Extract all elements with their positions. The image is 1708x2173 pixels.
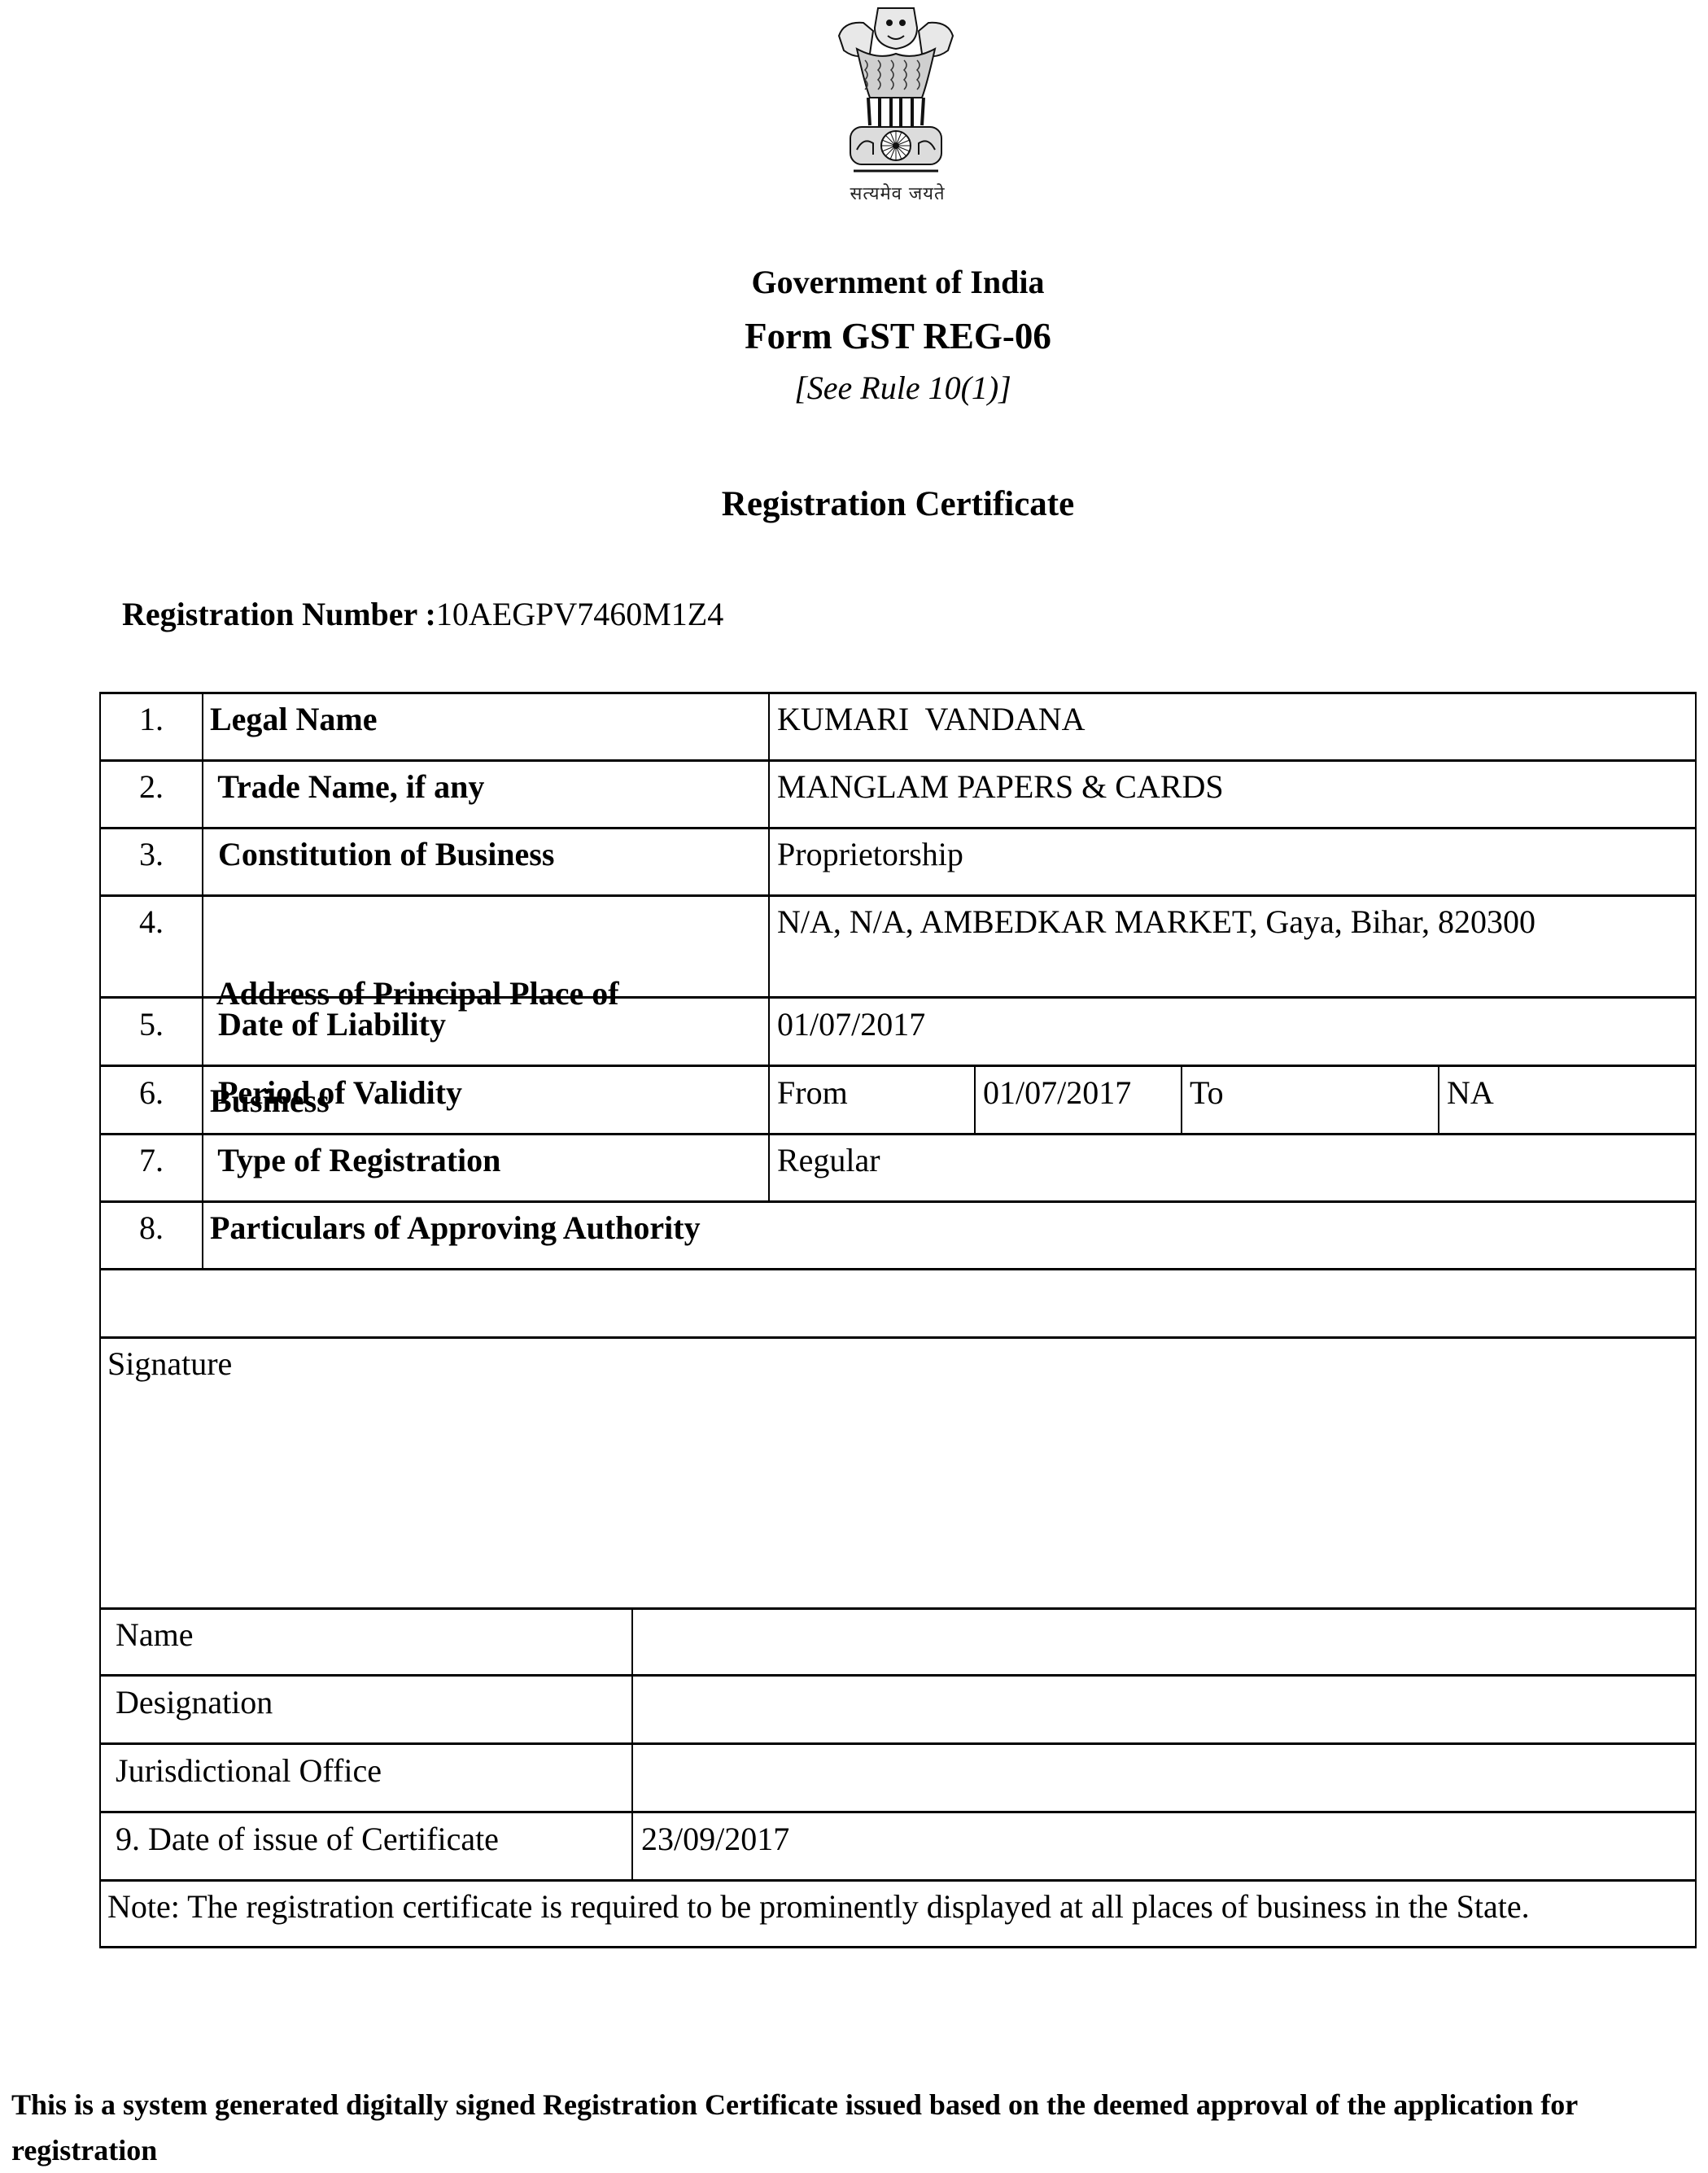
validity-to-label: To xyxy=(1190,1075,1224,1111)
row-number: 5. xyxy=(101,1007,202,1043)
row-number: 7. xyxy=(101,1143,202,1178)
jurisdictional-office-label: Jurisdictional Office xyxy=(116,1753,382,1789)
registration-number: Registration Number :10AEGPV7460M1Z4 xyxy=(122,595,723,634)
display-note: Note: The registration certificate is re… xyxy=(107,1889,1530,1925)
constitution-label: Constitution of Business xyxy=(210,837,554,872)
validity-label: Period of Validity xyxy=(210,1075,462,1111)
liability-date-label: Date of Liability xyxy=(210,1007,446,1043)
registration-type-value: Regular xyxy=(777,1143,880,1178)
validity-from-label: From xyxy=(777,1075,848,1111)
registration-number-label: Registration Number : xyxy=(122,596,436,632)
officer-name-label: Name xyxy=(116,1617,194,1653)
liability-date-value: 01/07/2017 xyxy=(777,1007,925,1043)
rule-reference: [See Rule 10(1)] xyxy=(100,368,1701,409)
approving-authority-label: Particulars of Approving Authority xyxy=(210,1210,701,1246)
validity-to-value: NA xyxy=(1447,1075,1494,1111)
row-number: 6. xyxy=(101,1075,202,1111)
emblem-motto: सत्यमेव जयते xyxy=(814,181,981,205)
trade-name-label: Trade Name, if any xyxy=(210,769,484,805)
row-number: 4. xyxy=(101,904,202,940)
constitution-value: Proprietorship xyxy=(777,837,963,872)
certificate-title: Registration Certificate xyxy=(100,483,1696,526)
row-number: 8. xyxy=(101,1210,202,1246)
legal-name-label: Legal Name xyxy=(210,702,378,737)
trade-name-value: MANGLAM PAPERS & CARDS xyxy=(777,769,1224,805)
registration-number-value: 10AEGPV7460M1Z4 xyxy=(436,596,723,632)
system-generated-disclaimer: This is a system generated digitally sig… xyxy=(11,2082,1688,2173)
form-title: Form GST REG-06 xyxy=(100,314,1696,358)
issue-date-label: 9. Date of issue of Certificate xyxy=(116,1821,499,1857)
government-heading: Government of India xyxy=(100,263,1696,302)
national-emblem-icon xyxy=(832,3,959,176)
designation-label: Designation xyxy=(116,1685,273,1720)
registration-type-label: Type of Registration xyxy=(210,1143,500,1178)
row-number: 2. xyxy=(101,769,202,805)
row-number: 3. xyxy=(101,837,202,872)
validity-from-value: 01/07/2017 xyxy=(983,1075,1131,1111)
address-value: N/A, N/A, AMBEDKAR MARKET, Gaya, Bihar, … xyxy=(777,904,1535,940)
row-number: 1. xyxy=(101,702,202,737)
signature-label: Signature xyxy=(107,1346,232,1382)
issue-date-value: 23/09/2017 xyxy=(641,1821,789,1857)
legal-name-value: KUMARI VANDANA xyxy=(777,702,1086,737)
